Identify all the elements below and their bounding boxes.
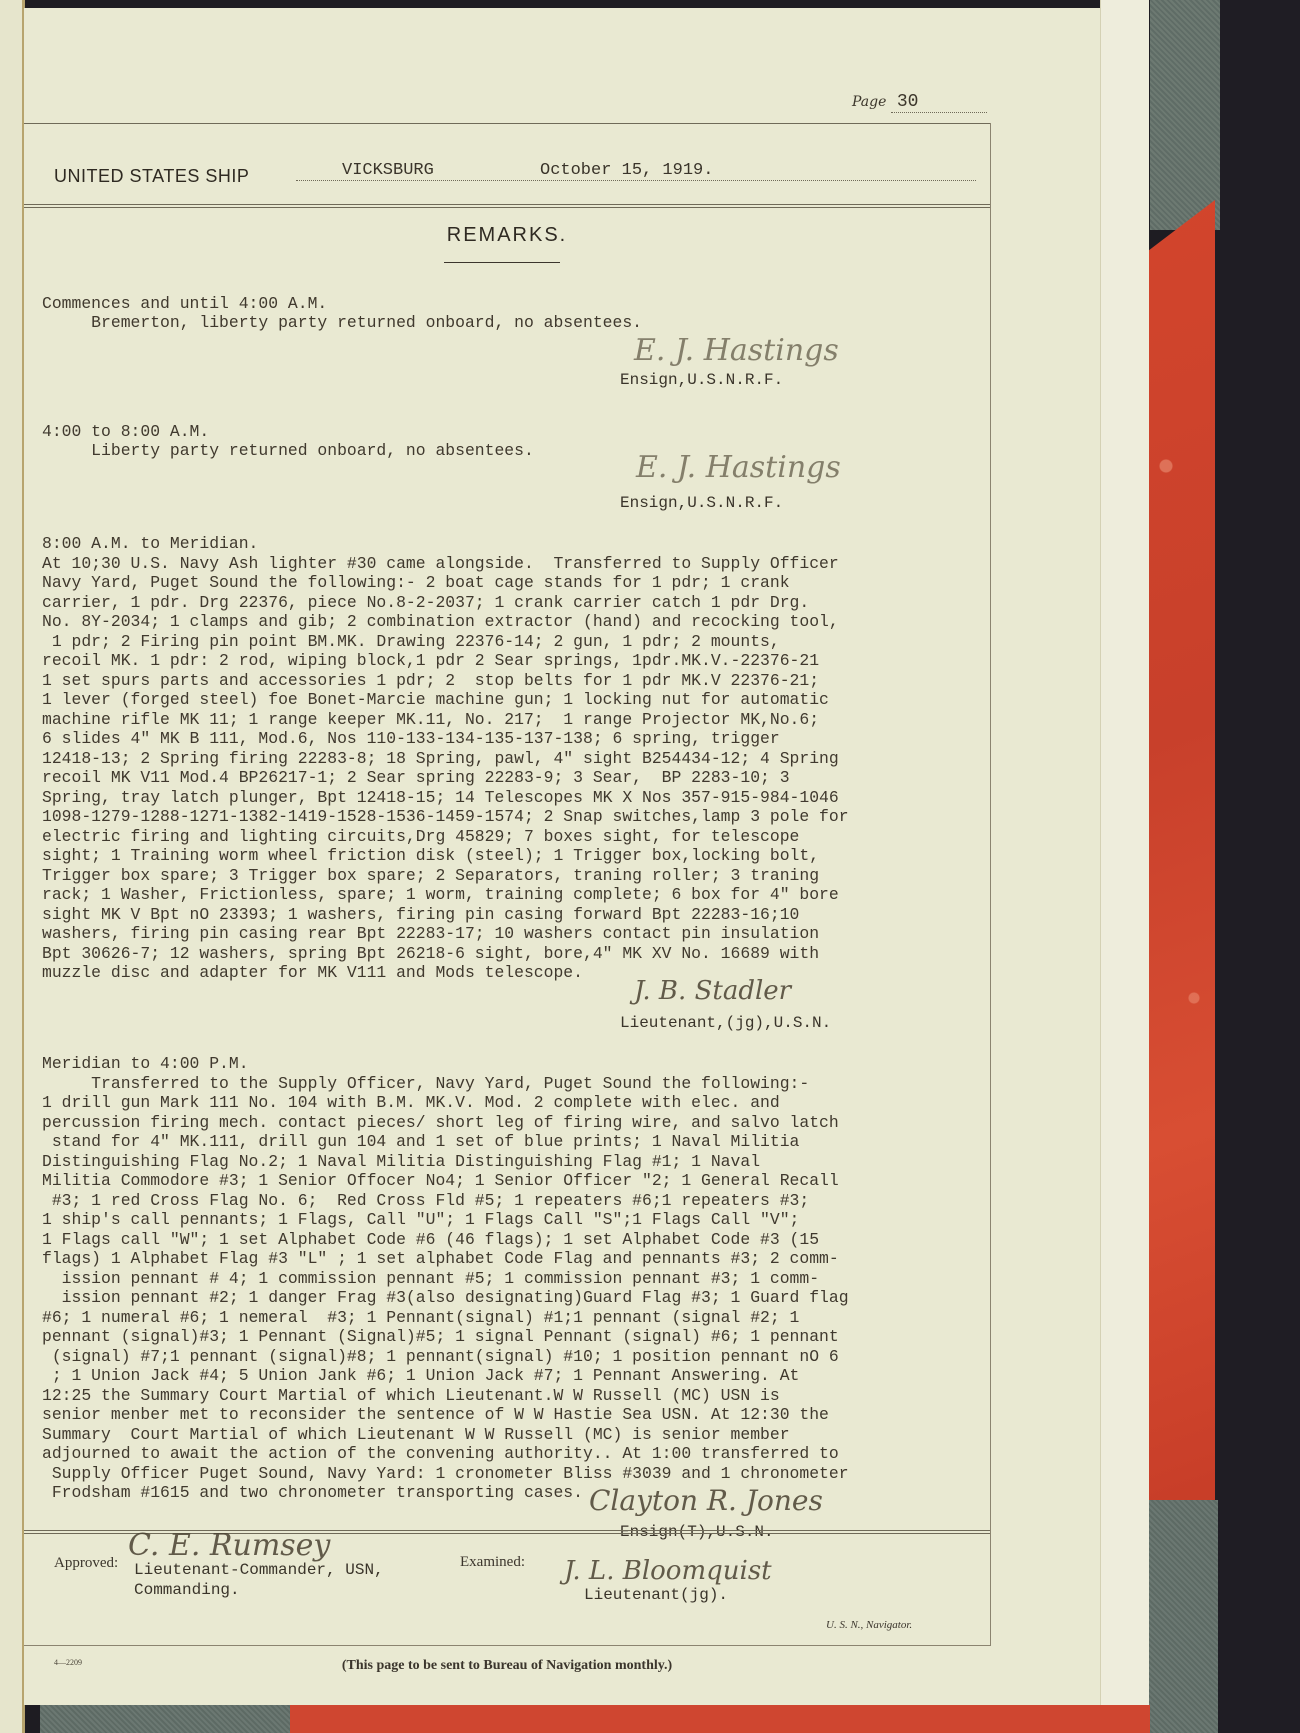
watch-text-line: Frodsham #1615 and two chronometer trans… (42, 1483, 583, 1503)
watch-text-line: 1 lever (forged steel) foe Bonet-Marcie … (42, 690, 829, 710)
watch-text-line: ission pennant # 4; 1 commission pennant… (42, 1269, 819, 1289)
watch-text-line: washers, firing pin casing rear Bpt 2228… (42, 924, 819, 944)
signature: Clayton R. Jones (589, 1484, 823, 1517)
watch-text-line: senior menber met to reconsider the sent… (42, 1405, 829, 1425)
officer-rank: Lieutenant,(jg),U.S.N. (620, 1014, 831, 1032)
watch-text-line: machine rifle MK 11; 1 range keeper MK.1… (42, 710, 819, 730)
watch-text-line: recoil MK. 1 pdr: 2 rod, wiping block,1 … (42, 651, 819, 671)
watch-text-line: sight MK V Bpt nO 23393; 1 washers, firi… (42, 905, 799, 925)
officer-rank: Ensign,U.S.N.R.F. (620, 494, 783, 512)
watch-text-line: 1098-1279-1288-1271-1382-1419-1528-1536-… (42, 807, 849, 827)
commanding-officer-signature: C. E. Rumsey (128, 1528, 330, 1563)
footer-rule (24, 1645, 990, 1646)
watch-text-line: 6 slides 4" MK B 111, Mod.6, Nos 110-133… (42, 729, 780, 749)
watch-text-line: #6; 1 numeral #6; 1 nemeral #3; 1 Pennan… (42, 1308, 799, 1328)
watch-text-line: Distinguishing Flag No.2; 1 Naval Militi… (42, 1152, 760, 1172)
ship-label: UNITED STATES SHIP (54, 166, 249, 187)
header-rule-bottom-2 (24, 207, 990, 208)
watch-text-line: Transferred to the Supply Officer, Navy … (42, 1074, 809, 1094)
approved-label: Approved: (54, 1555, 118, 1572)
log-page: Page 30 UNITED STATES SHIP VICKSBURG Oct… (24, 8, 1100, 1705)
watch-text-line: 1 ship's call pennants; 1 Flags, Call "U… (42, 1210, 799, 1230)
watch-text-line: 1 Flags call "W"; 1 set Alphabet Code #6… (42, 1230, 819, 1250)
watch-text-line: Bremerton, liberty party returned onboar… (42, 313, 642, 333)
watch-text-line: Navy Yard, Puget Sound the following:- 2… (42, 573, 790, 593)
watch-text-line: ; 1 Union Jack #4; 5 Union Jank #6; 1 Un… (42, 1366, 799, 1386)
watch-text-line: rack; 1 Washer, Frictionless, spare; 1 w… (42, 885, 839, 905)
background-binding (1215, 0, 1300, 1733)
watch-text-line: ission pennant #2; 1 danger Frag #3(also… (42, 1288, 849, 1308)
watch-text-line: adjourned to await the action of the con… (42, 1444, 839, 1464)
commanding-officer-title: Commanding. (134, 1581, 240, 1599)
watch-text-line: Supply Officer Puget Sound, Navy Yard: 1… (42, 1464, 849, 1484)
watch-text-line: Trigger box spare; 3 Trigger box spare; … (42, 866, 819, 886)
marbled-endpaper (1145, 200, 1215, 1530)
watch-text-line: percussion firing mech. contact pieces/ … (42, 1113, 839, 1133)
watch-text-line: Bpt 30626-7; 12 washers, spring Bpt 2621… (42, 944, 819, 964)
signature: E. J. Hastings (634, 333, 839, 368)
navigator-label: U. S. N., Navigator. (826, 1619, 912, 1631)
watch-text-line: #3; 1 red Cross Flag No. 6; Red Cross Fl… (42, 1191, 809, 1211)
watch-text-line: Spring, tray latch plunger, Bpt 12418-15… (42, 788, 839, 808)
watch-text-line: Summary Court Martial of which Lieutenan… (42, 1425, 790, 1445)
watch-text-line: Liberty party returned onboard, no absen… (42, 441, 534, 461)
watch-text-line: 1 pdr; 2 Firing pin point BM.MK. Drawing… (42, 632, 780, 652)
watch-text-line: carrier, 1 pdr. Drg 22376, piece No.8-2-… (42, 593, 809, 613)
cloth-binding-top (1150, 0, 1220, 230)
page-number-value: 30 (891, 92, 987, 113)
watch-text-line: sight; 1 Training worm wheel friction di… (42, 846, 819, 866)
watch-text-line: 1 set spurs parts and accessories 1 pdr;… (42, 671, 819, 691)
examined-label: Examined: (460, 1554, 525, 1571)
watch-text-line: muzzle disc and adapter for MK V111 and … (42, 963, 583, 983)
watch-text-line: flags) 1 Alphabet Flag #3 "L" ; 1 set al… (42, 1249, 839, 1269)
officer-rank: Ensign(T),U.S.N. (620, 1523, 774, 1541)
ship-name: VICKSBURG (342, 161, 434, 180)
watch-text-line: 12418-13; 2 Spring firing 22283-8; 18 Sp… (42, 749, 839, 769)
watch-heading: 4:00 to 8:00 A.M. (42, 422, 209, 442)
marbled-endpaper-bottom (290, 1705, 1150, 1733)
commanding-officer-rank: Lieutenant-Commander, USN, (134, 1561, 384, 1579)
header-rule-bottom (24, 204, 990, 205)
cloth-binding-bottom (1148, 1500, 1218, 1733)
navigator-rank: Lieutenant(jg). (584, 1586, 728, 1604)
watch-heading: 8:00 A.M. to Meridian. (42, 534, 258, 554)
footer-note: (This page to be sent to Bureau of Navig… (24, 1658, 990, 1674)
watch-heading: Meridian to 4:00 P.M. (42, 1054, 249, 1074)
log-date: October 15, 1919. (540, 161, 713, 180)
watch-text-line: Militia Commodore #3; 1 Senior Offocer N… (42, 1171, 839, 1191)
watch-text-line: pennant (signal)#3; 1 Pennant (Signal)#5… (42, 1327, 839, 1347)
page-label: Page (852, 94, 886, 110)
watch-text-line: stand for 4" MK.111, drill gun 104 and 1… (42, 1132, 799, 1152)
watch-text-line: 1 drill gun Mark 111 No. 104 with B.M. M… (42, 1093, 780, 1113)
remarks-underline (444, 262, 560, 263)
signature: J. B. Stadler (634, 976, 791, 1006)
watch-text-line: recoil MK V11 Mod.4 BP26217-1; 2 Sear sp… (42, 768, 790, 788)
watch-text-line: electric firing and lighting circuits,Dr… (42, 827, 799, 847)
previous-page-edge (0, 0, 25, 1733)
watch-text-line: (signal) #7;1 pennant (signal)#8; 1 penn… (42, 1347, 839, 1367)
page-stack-edge (1100, 0, 1149, 1705)
watch-text-line: No. 8Y-2034; 1 clamps and gib; 2 combina… (42, 612, 839, 632)
watch-text-line: 12:25 the Summary Court Martial of which… (42, 1386, 780, 1406)
remarks-title: REMARKS. (24, 224, 990, 247)
watch-text-line: At 10;30 U.S. Navy Ash lighter #30 came … (42, 554, 839, 574)
header-rule-top (24, 123, 990, 124)
navigator-signature: J. L. Bloomquist (564, 1556, 772, 1586)
ship-dotted-line (296, 180, 976, 181)
page-number: Page 30 (852, 92, 987, 113)
officer-rank: Ensign,U.S.N.R.F. (620, 371, 783, 389)
watch-heading: Commences and until 4:00 A.M. (42, 294, 327, 314)
signature: E. J. Hastings (636, 450, 841, 485)
